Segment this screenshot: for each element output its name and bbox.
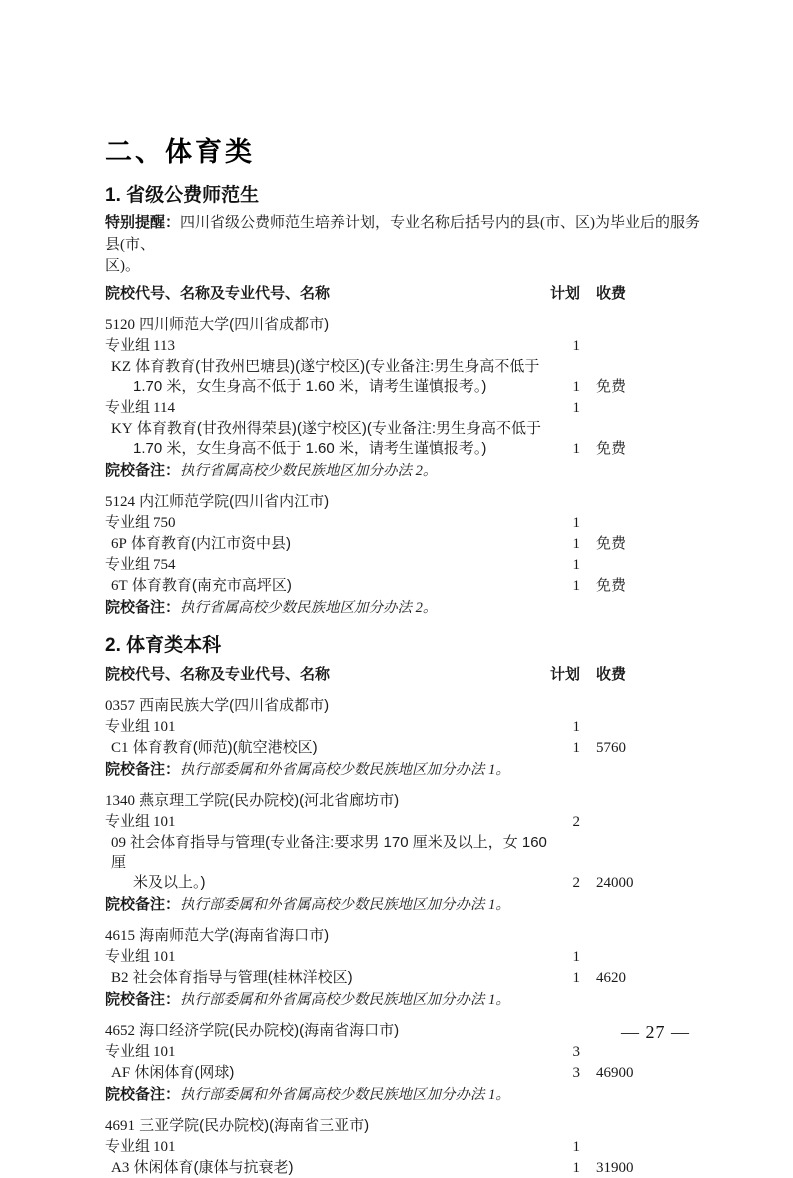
major-name: 09 社会体育指导与管理(专业备注:要求男 170 厘米及以上，女 160 厘 … (105, 833, 548, 893)
major-code: C1 (111, 740, 129, 756)
plan-value: 1 (548, 534, 580, 554)
remark-text: 执行省属高校少数民族地区加分办法 2。 (180, 463, 437, 479)
fee-value: 31900 (596, 1158, 656, 1178)
college-code: 5120 (105, 317, 135, 333)
major-row: KY 体育教育(甘孜州得荣县)(遂宁校区)(专业备注:男生身高不低于 1.70 … (105, 419, 656, 459)
plan-value: 1 (548, 576, 580, 596)
plan-value: 1 (548, 555, 580, 575)
special-notice: 特别提醒：四川省级公费师范生培养计划，专业名称后括号内的县(市、区)为毕业后的服… (105, 212, 701, 277)
plan-value: 1 (548, 398, 580, 418)
major-name: B2 社会体育指导与管理(桂林洋校区) (105, 968, 548, 988)
major-row: AF 休闲体育(网球) 3 46900 (105, 1063, 656, 1083)
group-row: 专业组101 3 (105, 1042, 656, 1062)
college-code: 1340 (105, 793, 135, 809)
major-code: A3 (111, 1160, 129, 1176)
college-block: 4691 三亚学院(民办院校)(海南省三亚市) 专业组101 1 A3 休闲体育… (105, 1116, 656, 1178)
remark-label: 院校备注： (105, 462, 180, 479)
remark-text: 执行部委属和外省属高校少数民族地区加分办法 1。 (180, 1087, 510, 1103)
table-header: 院校代号、名称及专业代号、名称 计划 收费 (105, 284, 656, 304)
group-row: 专业组754 1 (105, 555, 656, 575)
major-row: KZ 体育教育(甘孜州巴塘县)(遂宁校区)(专业备注:男生身高不低于 1.70 … (105, 357, 656, 397)
major-name: AF 休闲体育(网球) (105, 1063, 548, 1083)
major-code: 6T (111, 578, 128, 594)
college-block: 1340 燕京理工学院(民办院校)(河北省廊坊市) 专业组101 2 09 社会… (105, 791, 656, 915)
group-name: 专业组101 (105, 812, 548, 832)
fee-value: 46900 (596, 1063, 656, 1083)
college-remark: 院校备注：执行省属高校少数民族地区加分办法 2。 (105, 461, 656, 481)
group-row: 专业组101 1 (105, 717, 656, 737)
major-row: 6P 体育教育(内江市资中县) 1 免费 (105, 534, 656, 554)
college-code: 4691 (105, 1118, 135, 1134)
fee-value: 免费 (596, 377, 656, 397)
group-name: 专业组101 (105, 947, 548, 967)
group-name: 专业组114 (105, 398, 548, 418)
remark-text: 执行部委属和外省属高校少数民族地区加分办法 1。 (180, 762, 510, 778)
plan-value: 2 (548, 873, 580, 893)
remark-label: 院校备注： (105, 761, 180, 778)
college-block: 4652 海口经济学院(民办院校)(海南省海口市) 专业组101 3 AF 休闲… (105, 1021, 656, 1105)
major-name: KY 体育教育(甘孜州得荣县)(遂宁校区)(专业备注:男生身高不低于 1.70 … (105, 419, 548, 459)
group-name: 专业组101 (105, 1137, 548, 1157)
group-row: 专业组114 1 (105, 398, 656, 418)
fee-value: 免费 (596, 534, 656, 554)
remark-text: 执行部委属和外省属高校少数民族地区加分办法 1。 (180, 992, 510, 1008)
plan-value: 1 (548, 968, 580, 988)
notice-line-2: 区)。 (105, 256, 701, 277)
college-title: 4652 海口经济学院(民办院校)(海南省海口市) (105, 1021, 656, 1041)
major-code: AF (111, 1065, 130, 1081)
plan-value: 2 (548, 812, 580, 832)
column-header-plan: 计划 (548, 665, 580, 685)
college-remark: 院校备注：执行部委属和外省属高校少数民族地区加分办法 1。 (105, 1085, 656, 1105)
group-row: 专业组750 1 (105, 513, 656, 533)
remark-label: 院校备注： (105, 1086, 180, 1103)
remark-label: 院校备注： (105, 991, 180, 1008)
college-remark: 院校备注：执行部委属和外省属高校少数民族地区加分办法 1。 (105, 760, 656, 780)
document-title: 二、体育类 (105, 136, 705, 168)
college-block: 4615 海南师范大学(海南省海口市) 专业组101 1 B2 社会体育指导与管… (105, 926, 656, 1010)
college-title: 4615 海南师范大学(海南省海口市) (105, 926, 656, 946)
column-header-name: 院校代号、名称及专业代号、名称 (105, 284, 548, 304)
group-row: 专业组101 1 (105, 947, 656, 967)
group-row: 专业组101 1 (105, 1137, 656, 1157)
group-name: 专业组750 (105, 513, 548, 533)
major-name: KZ 体育教育(甘孜州巴塘县)(遂宁校区)(专业备注:男生身高不低于 1.70 … (105, 357, 548, 397)
college-code: 0357 (105, 698, 135, 714)
major-row: B2 社会体育指导与管理(桂林洋校区) 1 4620 (105, 968, 656, 988)
college-title: 1340 燕京理工学院(民办院校)(河北省廊坊市) (105, 791, 656, 811)
column-header-fee: 收费 (596, 284, 656, 304)
plan-value: 3 (548, 1063, 580, 1083)
college-name: 西南民族大学(四川省成都市) (139, 697, 329, 714)
notice-line-1: 特别提醒：四川省级公费师范生培养计划，专业名称后括号内的县(市、区)为毕业后的服… (105, 212, 701, 256)
college-name: 内江师范学院(四川省内江市) (139, 493, 329, 510)
major-name: 6P 体育教育(内江市资中县) (105, 534, 548, 554)
plan-value: 1 (548, 439, 580, 459)
remark-text: 执行省属高校少数民族地区加分办法 2。 (180, 600, 437, 616)
group-row: 专业组101 2 (105, 812, 656, 832)
plan-value: 1 (548, 1137, 580, 1157)
fee-value: 24000 (596, 873, 656, 893)
column-header-plan: 计划 (548, 284, 580, 304)
remark-label: 院校备注： (105, 896, 180, 913)
college-code: 5124 (105, 494, 135, 510)
major-code: 09 (111, 835, 126, 851)
plan-value: 1 (548, 336, 580, 356)
table-header: 院校代号、名称及专业代号、名称 计划 收费 (105, 665, 656, 685)
fee-value: 4620 (596, 968, 656, 988)
major-row: A3 休闲体育(康体与抗衰老) 1 31900 (105, 1158, 656, 1178)
major-code: KZ (111, 359, 131, 375)
notice-text: 四川省级公费师范生培养计划，专业名称后括号内的县(市、区)为毕业后的服务县(市、 (105, 215, 700, 253)
college-code: 4652 (105, 1023, 135, 1039)
group-row: 专业组113 1 (105, 336, 656, 356)
section-1-heading: 1. 省级公费师范生 (105, 184, 705, 208)
major-name: 6T 体育教育(南充市高坪区) (105, 576, 548, 596)
major-row: C1 体育教育(师范)(航空港校区) 1 5760 (105, 738, 656, 758)
group-name: 专业组101 (105, 717, 548, 737)
plan-value: 1 (548, 947, 580, 967)
college-title: 5124 内江师范学院(四川省内江市) (105, 492, 656, 512)
plan-value: 1 (548, 1158, 580, 1178)
college-name: 三亚学院(民办院校)(海南省三亚市) (139, 1117, 369, 1134)
college-remark: 院校备注：执行部委属和外省属高校少数民族地区加分办法 1。 (105, 895, 656, 915)
major-row: 6T 体育教育(南充市高坪区) 1 免费 (105, 576, 656, 596)
major-code: 6P (111, 536, 127, 552)
college-remark: 院校备注：执行省属高校少数民族地区加分办法 2。 (105, 598, 656, 618)
major-code: KY (111, 421, 133, 437)
college-block: 5124 内江师范学院(四川省内江市) 专业组750 1 6P 体育教育(内江市… (105, 492, 656, 618)
major-name: A3 休闲体育(康体与抗衰老) (105, 1158, 548, 1178)
college-block: 0357 西南民族大学(四川省成都市) 专业组101 1 C1 体育教育(师范)… (105, 696, 656, 780)
group-name: 专业组113 (105, 336, 548, 356)
remark-label: 院校备注： (105, 599, 180, 616)
section-1-table: 院校代号、名称及专业代号、名称 计划 收费 5120 四川师范大学(四川省成都市… (105, 284, 656, 618)
college-title: 5120 四川师范大学(四川省成都市) (105, 315, 656, 335)
column-header-name: 院校代号、名称及专业代号、名称 (105, 665, 548, 685)
college-remark: 院校备注：执行部委属和外省属高校少数民族地区加分办法 1。 (105, 990, 656, 1010)
college-name: 四川师范大学(四川省成都市) (139, 316, 329, 333)
notice-label: 特别提醒： (105, 214, 180, 231)
section-2-table: 院校代号、名称及专业代号、名称 计划 收费 0357 西南民族大学(四川省成都市… (105, 665, 656, 1178)
college-title: 4691 三亚学院(民办院校)(海南省三亚市) (105, 1116, 656, 1136)
major-name: C1 体育教育(师范)(航空港校区) (105, 738, 548, 758)
fee-value: 免费 (596, 576, 656, 596)
column-header-fee: 收费 (596, 665, 656, 685)
fee-value: 5760 (596, 738, 656, 758)
college-block: 5120 四川师范大学(四川省成都市) 专业组113 1 KZ 体育教育(甘孜州… (105, 315, 656, 481)
college-code: 4615 (105, 928, 135, 944)
remark-text: 执行部委属和外省属高校少数民族地区加分办法 1。 (180, 897, 510, 913)
plan-value: 1 (548, 377, 580, 397)
page-number: — 27 — (593, 1022, 718, 1043)
college-name: 海南师范大学(海南省海口市) (139, 927, 329, 944)
college-name: 海口经济学院(民办院校)(海南省海口市) (139, 1022, 399, 1039)
college-title: 0357 西南民族大学(四川省成都市) (105, 696, 656, 716)
plan-value: 3 (548, 1042, 580, 1062)
major-row: 09 社会体育指导与管理(专业备注:要求男 170 厘米及以上，女 160 厘 … (105, 833, 656, 893)
plan-value: 1 (548, 717, 580, 737)
plan-value: 1 (548, 738, 580, 758)
major-code: B2 (111, 970, 129, 986)
plan-value: 1 (548, 513, 580, 533)
fee-value: 免费 (596, 439, 656, 459)
section-2-heading: 2. 体育类本科 (105, 634, 705, 658)
group-name: 专业组754 (105, 555, 548, 575)
college-name: 燕京理工学院(民办院校)(河北省廊坊市) (139, 792, 399, 809)
group-name: 专业组101 (105, 1042, 548, 1062)
